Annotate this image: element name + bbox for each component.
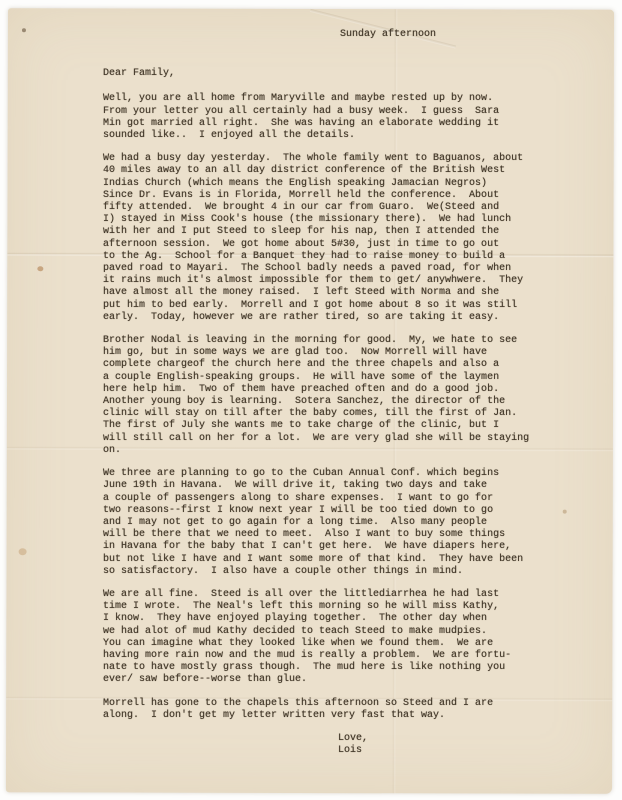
paragraph-1: Well, you are all home from Maryville an… [103,93,573,142]
scanned-letter-page: Sunday afternoon Dear Family, Well, you … [0,0,622,800]
date-line: Sunday afternoon [340,29,573,41]
stain-spot [19,548,27,555]
paragraph-2: We had a busy day yesterday. The whole f… [103,153,573,324]
paragraph-6: Morrell has gone to the chapels this aft… [103,698,573,722]
closing: Love, [338,733,573,745]
stain-spot [37,266,43,271]
paragraph-4: We three are planning to go to the Cuban… [103,468,573,578]
paragraph-5: We are all fine. Steed is all over the l… [103,589,573,687]
letter-body: Sunday afternoon Dear Family, Well, you … [103,29,573,757]
salutation: Dear Family, [103,68,573,80]
signature: Lois [338,745,573,757]
stain-spot [22,28,26,32]
paragraph-3: Brother Nodal is leaving in the morning … [103,335,573,457]
